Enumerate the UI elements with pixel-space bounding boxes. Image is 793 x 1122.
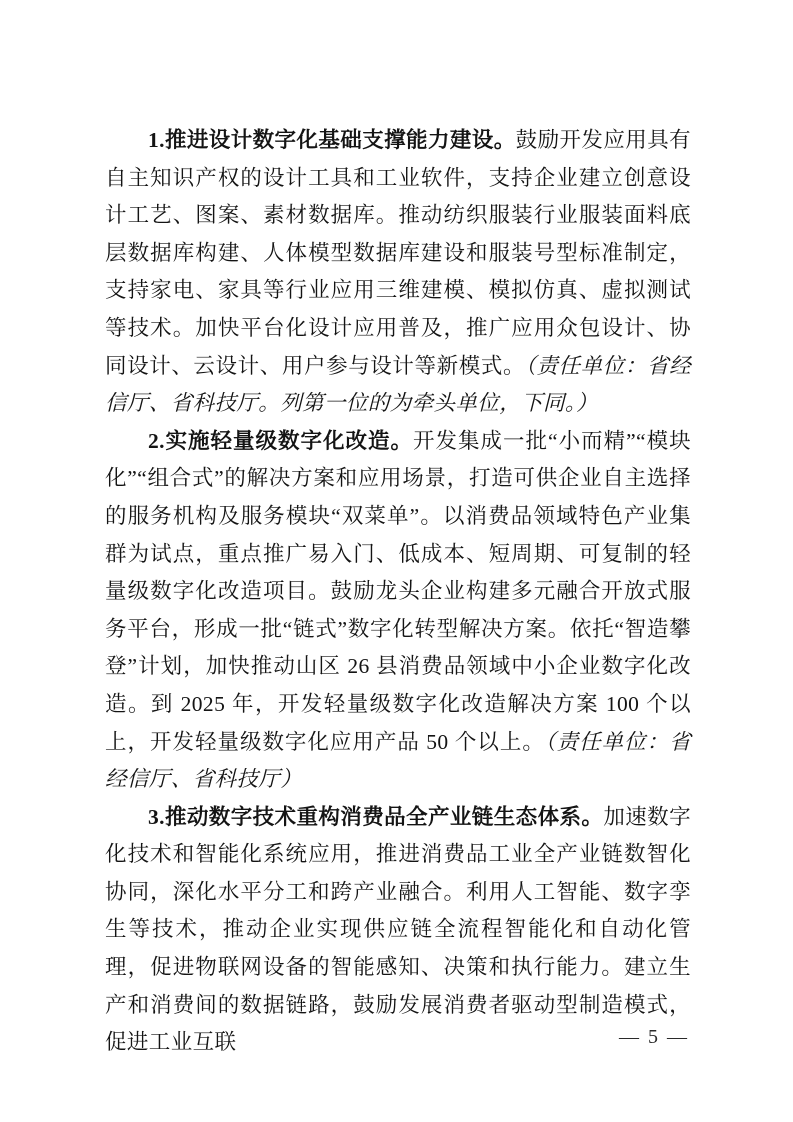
paragraph-1: 1.推进设计数字化基础支撑能力建设。鼓励开发应用具有自主知识产权的设计工具和工业…: [105, 122, 691, 423]
paragraph-2-heading: 2.实施轻量级数字化改造。: [148, 429, 413, 453]
document-page: 1.推进设计数字化基础支撑能力建设。鼓励开发应用具有自主知识产权的设计工具和工业…: [0, 0, 793, 1122]
paragraph-1-heading: 1.推进设计数字化基础支撑能力建设。: [148, 128, 516, 152]
page-number: — 5 —: [619, 1026, 689, 1049]
paragraph-3-heading: 3.推动数字技术重构消费品全产业链生态体系。: [148, 805, 603, 829]
paragraph-3: 3.推动数字技术重构消费品全产业链生态体系。加速数字化技术和智能化系统应用，推进…: [105, 799, 691, 1062]
paragraph-2: 2.实施轻量级数字化改造。开发集成一批“小而精”“模块化”“组合式”的解决方案和…: [105, 423, 691, 799]
document-body: 1.推进设计数字化基础支撑能力建设。鼓励开发应用具有自主知识产权的设计工具和工业…: [105, 122, 691, 1062]
paragraph-2-body: 开发集成一批“小而精”“模块化”“组合式”的解决方案和应用场景，打造可供企业自主…: [105, 429, 691, 754]
paragraph-1-body: 鼓励开发应用具有自主知识产权的设计工具和工业软件，支持企业建立创意设计工艺、图案…: [105, 128, 691, 378]
paragraph-3-body: 加速数字化技术和智能化系统应用，推进消费品工业全产业链数智化协同，深化水平分工和…: [105, 805, 691, 1055]
